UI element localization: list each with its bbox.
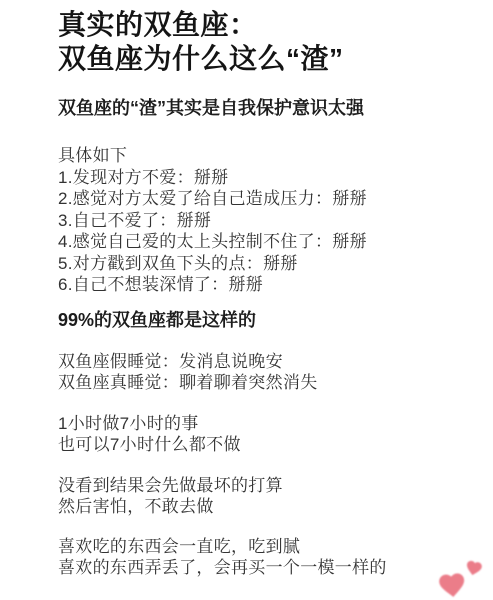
- list-item: 6.自己不想装深情了：掰掰: [58, 274, 473, 296]
- list-item: 4.感觉自己爱的太上头控制不住了：掰掰: [58, 231, 473, 253]
- hours-line-1: 1小时做7小时的事: [58, 413, 473, 435]
- worry-line-2: 然后害怕，不敢去做: [58, 496, 473, 518]
- list-item: 1.发现对方不爱：掰掰: [58, 167, 473, 189]
- title-line-2: 双鱼座为什么这么“渣”: [58, 42, 473, 76]
- list-item: 5.对方戳到双鱼下头的点：掰掰: [58, 253, 473, 275]
- highlight-statement: 99%的双鱼座都是这样的: [58, 309, 473, 331]
- sleep-section: 双鱼座假睡觉：发消息说晚安 双鱼座真睡觉：聊着聊着突然消失: [58, 351, 473, 394]
- page-title: 真实的双鱼座： 双鱼座为什么这么“渣”: [58, 8, 473, 76]
- title-line-1: 真实的双鱼座：: [58, 8, 473, 42]
- subtitle: 双鱼座的“渣”其实是自我保护意识太强: [58, 97, 473, 119]
- sleep-line-real: 双鱼座真睡觉：聊着聊着突然消失: [58, 372, 473, 394]
- worry-line-1: 没看到结果会先做最坏的打算: [58, 475, 473, 497]
- list-item: 3.自己不爱了：掰掰: [58, 210, 473, 232]
- worry-section: 没看到结果会先做最坏的打算 然后害怕，不敢去做: [58, 475, 473, 518]
- likes-line-1: 喜欢吃的东西会一直吃，吃到腻: [58, 536, 473, 558]
- list-header: 具体如下: [58, 145, 473, 167]
- reasons-list-section: 具体如下 1.发现对方不爱：掰掰 2.感觉对方太爱了给自己造成压力：掰掰 3.自…: [58, 145, 473, 296]
- article: 真实的双鱼座： 双鱼座为什么这么“渣” 双鱼座的“渣”其实是自我保护意识太强 具…: [0, 0, 493, 579]
- sleep-line-fake: 双鱼座假睡觉：发消息说晚安: [58, 351, 473, 373]
- likes-section: 喜欢吃的东西会一直吃，吃到腻 喜欢的东西弄丢了，会再买一个一模一样的: [58, 536, 473, 579]
- likes-line-2: 喜欢的东西弄丢了，会再买一个一模一样的: [58, 557, 473, 579]
- list-item: 2.感觉对方太爱了给自己造成压力：掰掰: [58, 188, 473, 210]
- hours-line-2: 也可以7小时什么都不做: [58, 434, 473, 456]
- hours-section: 1小时做7小时的事 也可以7小时什么都不做: [58, 413, 473, 456]
